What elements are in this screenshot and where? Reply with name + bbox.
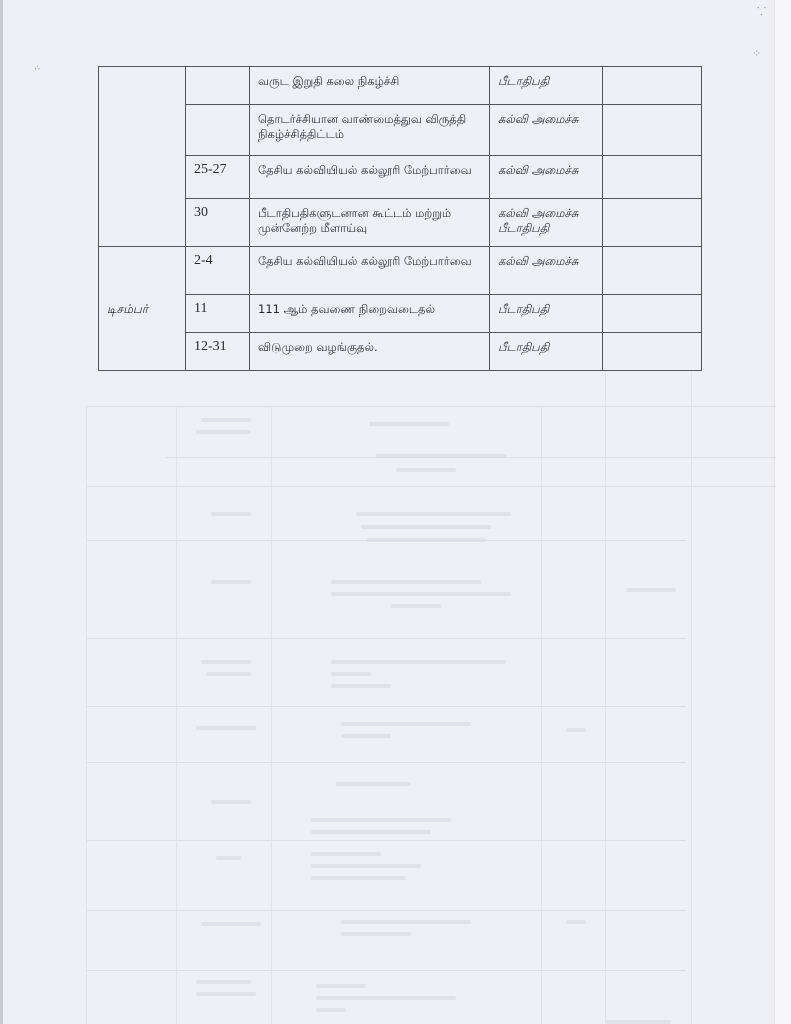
date-cell [186,105,250,156]
scan-left-edge [0,0,3,1024]
table-row: 12-31 விடுமுறை வழங்குதல். பீடாதிபதி [99,333,702,371]
note-cell [603,199,702,247]
responsible-cell: கல்வி அமைச்சு [490,247,603,295]
month-cell [99,67,186,247]
note-cell [603,156,702,199]
event-cell: வருட இறுதி கலை நிகழ்ச்சி [250,67,490,105]
margin-mark-left: ⁖ [32,64,43,70]
schedule-table: வருட இறுதி கலை நிகழ்ச்சி பீடாதிபதி தொடர்… [98,66,702,371]
table-row: தொடர்ச்சியான வாண்மைத்துவ விருத்தி நிகழ்ச… [99,105,702,156]
responsible-cell: கல்வி அமைச்சு பீடாதிபதி [490,199,603,247]
event-cell: தேசிய கல்வியியல் கல்லூரி மேற்பார்வை [250,247,490,295]
note-cell [603,67,702,105]
event-cell: தொடர்ச்சியான வாண்மைத்துவ விருத்தி நிகழ்ச… [250,105,490,156]
responsible-cell: கல்வி அமைச்சு [490,105,603,156]
margin-mark-top-right: ⸪ [757,6,766,17]
scan-right-edge [774,0,791,1024]
responsible-cell: பீடாதிபதி [490,333,603,371]
date-cell: 25-27 [186,156,250,199]
table-row: 11 111 ஆம் தவணை நிறைவடைதல் பீடாதிபதி [99,295,702,333]
responsible-cell: கல்வி அமைச்சு [490,156,603,199]
date-cell: 12-31 [186,333,250,371]
table-row: 25-27 தேசிய கல்வியியல் கல்லூரி மேற்பார்வ… [99,156,702,199]
month-cell-december: டிசம்பர் [99,247,186,371]
event-cell: விடுமுறை வழங்குதல். [250,333,490,371]
table-row: வருட இறுதி கலை நிகழ்ச்சி பீடாதிபதி [99,67,702,105]
table-row: 30 பீடாதிபதிகளுடனான கூட்டம் மற்றும் முன்… [99,199,702,247]
date-cell: 2-4 [186,247,250,295]
note-cell [603,333,702,371]
event-cell: 111 ஆம் தவணை நிறைவடைதல் [250,295,490,333]
date-cell: 11 [186,295,250,333]
bleed-through-ghost-table [86,370,776,1024]
date-cell: 30 [186,199,250,247]
event-cell: தேசிய கல்வியியல் கல்லூரி மேற்பார்வை [250,156,490,199]
date-cell [186,67,250,105]
note-cell [603,295,702,333]
note-cell [603,105,702,156]
responsible-cell: பீடாதிபதி [490,67,603,105]
note-cell [603,247,702,295]
margin-mark-right: ⁘ [752,48,761,59]
event-cell: பீடாதிபதிகளுடனான கூட்டம் மற்றும் முன்னேற… [250,199,490,247]
responsible-cell: பீடாதிபதி [490,295,603,333]
table-row: டிசம்பர் 2-4 தேசிய கல்வியியல் கல்லூரி மே… [99,247,702,295]
